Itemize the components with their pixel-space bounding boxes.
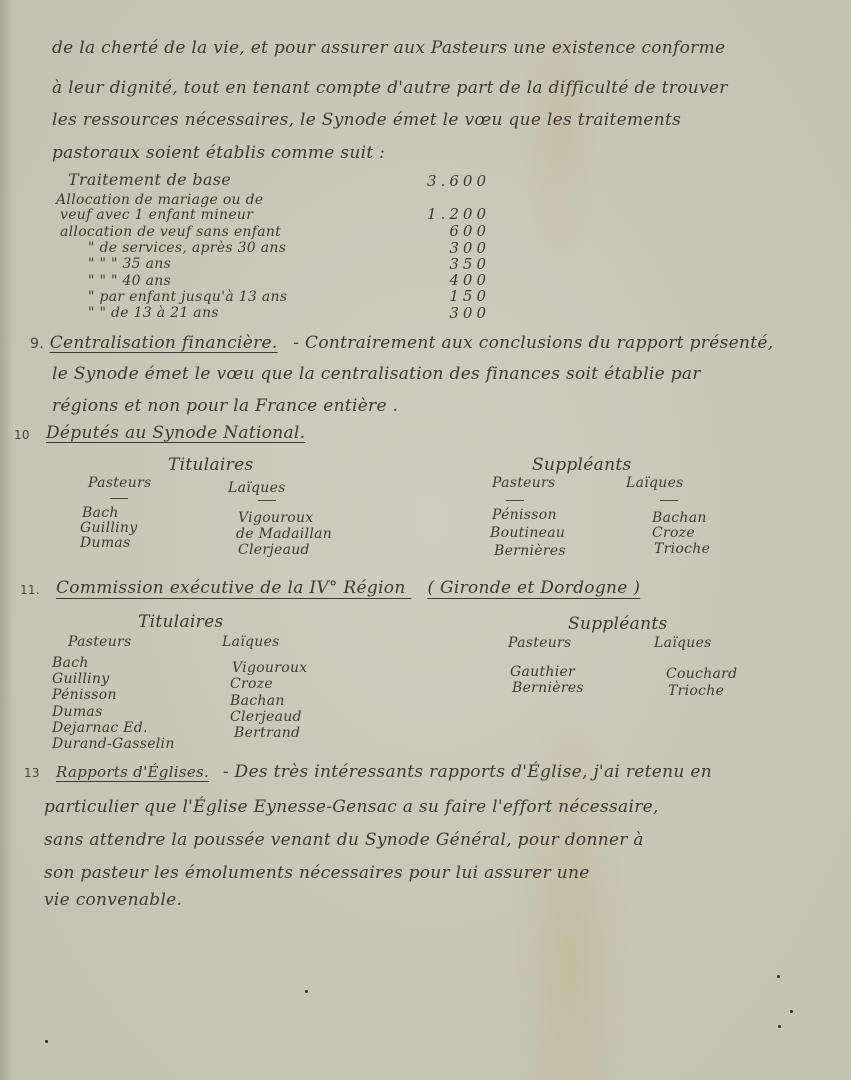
section-9-number: 9. [30,336,44,352]
salary-label: " de services, après 30 ans [88,240,286,256]
suppleants-heading: Suppléants [532,455,632,475]
pasteur-name: Bernières [494,543,566,559]
salary-label: " par enfant jusqu'à 13 ans [88,289,287,305]
paper-speck [777,975,780,978]
pasteur-name: Boutineau [490,525,565,541]
titulaires-heading: Titulaires [168,455,253,475]
salary-amount: 3.600 [400,172,490,190]
laiques-heading: Laïques [626,475,684,491]
section-11-number: 11. [20,583,40,597]
paper-speck [305,990,308,993]
laique-name: de Madaillan [236,526,332,542]
section-13-text: son pasteur les émoluments nécessaires p… [44,863,590,883]
pasteurs-heading: Pasteurs [492,475,556,491]
section-11-heading: Commission exécutive de la IV° Région ( … [56,578,640,598]
salary-label: Traitement de base [68,170,231,189]
section-13-text: vie convenable. [44,890,182,910]
laique-name: Bachan [652,510,707,526]
section-11-subtitle: ( Gironde et Dordogne ) [427,578,640,598]
pasteurs-heading: Pasteurs [508,635,572,651]
laique-name: Bertrand [234,725,300,741]
salary-amount: 150 [400,287,490,305]
salary-amount: 300 [400,304,490,322]
salary-amount: 600 [400,222,490,240]
pasteurs-heading: Pasteurs [88,475,152,491]
laique-name: Vigouroux [238,510,313,526]
section-number: 9. Centralisation financière. - Contrair… [30,333,773,353]
pasteur-name: Gauthier [510,664,575,680]
section-9-text: - Contrairement aux conclusions du rappo… [293,333,773,353]
section-13-number: 13 [24,766,40,780]
salary-amount: 1.200 [400,205,490,223]
paper-speck [45,1040,48,1043]
salary-label: " " " 40 ans [88,273,171,289]
manuscript-page: de la cherté de la vie, et pour assurer … [0,0,851,1080]
laique-name: Trioche [668,683,724,699]
suppleants-heading: Suppléants [568,614,668,634]
section-13-title: Rapports d'Églises. [56,763,209,781]
pasteur-name: Guilliny [80,520,137,536]
pasteur-name: Bach [82,505,119,521]
pasteur-name: Pénisson [52,687,117,703]
salary-label: " " de 13 à 21 ans [88,305,219,321]
laique-name: Couchard [666,666,737,682]
intro-line: les ressources nécessaires, le Synode ém… [52,110,681,130]
section-13-text: sans attendre la poussée venant du Synod… [44,830,644,850]
laique-name: Trioche [654,541,710,557]
section-13-text: - Des très intéressants rapports d'Églis… [223,762,712,782]
paper-speck [790,1010,793,1013]
pasteurs-heading: Pasteurs [68,634,132,650]
laiques-heading: Laïques [228,480,286,496]
section-13-first-line: Rapports d'Églises. - Des très intéressa… [56,762,712,782]
pasteur-name: Bach [52,655,89,671]
intro-line: de la cherté de la vie, et pour assurer … [52,38,725,58]
salary-label: allocation de veuf sans enfant [60,224,281,240]
salary-label: " " " 35 ans [88,256,171,272]
salary-label: veuf avec 1 enfant mineur [60,207,253,223]
laique-name: Croze [652,525,695,541]
section-10-title: Députés au Synode National. [46,423,305,443]
laique-name: Croze [230,676,273,692]
section-9-text: le Synode émet le vœu que la centralisat… [52,364,701,384]
section-9-title: Centralisation financière. [50,333,278,353]
pasteur-name: Dumas [52,704,103,720]
section-13-text: particulier que l'Église Eynesse-Gensac … [44,797,659,817]
laique-name: Clerjeaud [230,709,302,725]
pasteur-name: Dumas [80,535,131,551]
laique-name: Vigouroux [232,660,307,676]
pasteur-name: Durand-Gasselin [52,736,175,752]
laiques-heading: Laïques [222,634,280,650]
pasteur-name: Bernières [512,680,584,696]
laique-name: Bachan [230,693,285,709]
pasteur-name: Pénisson [492,507,557,523]
laiques-heading: Laïques [654,635,712,651]
section-10-number: 10 [14,428,30,442]
pasteur-name: Guilliny [52,671,109,687]
intro-line: à leur dignité, tout en tenant compte d'… [52,78,728,98]
intro-line: pastoraux soient établis comme suit : [52,143,385,163]
salary-label: Allocation de mariage ou de [56,192,263,208]
paper-speck [778,1025,781,1028]
pasteur-name: Dejarnac Ed. [52,720,148,736]
titulaires-heading: Titulaires [138,612,223,632]
section-9-text: régions et non pour la France entière . [52,396,398,416]
laique-name: Clerjeaud [238,542,310,558]
section-11-title: Commission exécutive de la IV° Région [56,578,406,598]
